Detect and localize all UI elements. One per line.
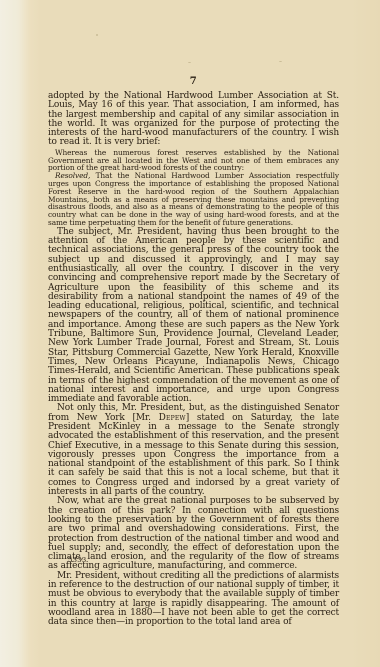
page-number: 7 [48,76,339,87]
paragraph-3-text-after: ] stated on Saturday, the late President… [48,413,339,497]
body-paragraph-continuation: adopted by the National Hardwood Lumber … [48,92,339,148]
resolved-clause: Resolved, That the National Hardwood Lum… [48,172,339,227]
paper-speck [96,34,98,36]
body-paragraph-3: Not only this, Mr. President, but, as th… [48,404,339,497]
resolved-clause-text: That the National Hardwood Lumber Associ… [48,171,339,227]
paper-speck [279,61,282,62]
quoted-resolution-block: Whereas the numerous forest reserves est… [48,149,339,227]
page-text-block: adopted by the National Hardwood Lumber … [48,92,339,628]
body-paragraph-5: Mr. President, without crediting all the… [48,572,339,628]
body-paragraph-4: Now, what are the great national purpose… [48,497,339,571]
paper-speck [188,62,191,63]
body-paragraph-2: The subject, Mr. President, having thus … [48,228,339,405]
printers-signature-mark: 5333 [68,556,87,564]
whereas-clause: Whereas the numerous forest reserves est… [48,149,339,172]
